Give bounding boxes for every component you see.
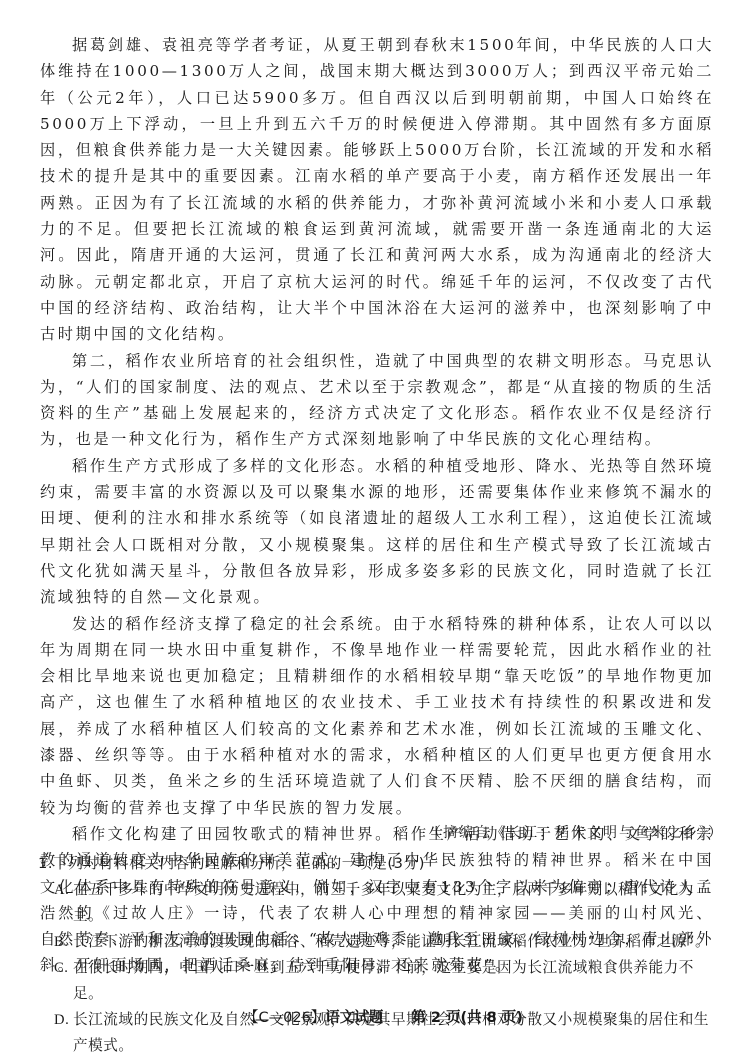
page-number: 第 2 页(共 8 页) xyxy=(411,1010,523,1026)
source-citation: （摘编自《长江：稻作文明与鱼米之乡》） xyxy=(427,821,724,845)
page-footer: 【C—026】语文试题第 2 页(共 8 页) xyxy=(244,1006,523,1030)
option-key: D. xyxy=(54,1007,73,1059)
option-text: 长江下游的浙江河姆渡发现的稻谷、稻壳遗迹等，能证明长江流域稻作农业为“世界稻作之… xyxy=(73,929,718,955)
question-stem: 1.下列对材料相关内容的理解和分析，正确的一项是(3分) xyxy=(38,851,718,877)
exam-code: 【C—026】 xyxy=(244,1010,325,1026)
option-key: C. xyxy=(54,955,73,1007)
option-c: C. 在很长时期内，中国人口一旦到五六千万便停滞不前，这主要是因为长江流域粮食供… xyxy=(38,955,718,1007)
option-b: B. 长江下游的浙江河姆渡发现的稻谷、稻壳遗迹等，能证明长江流域稻作农业为“世界… xyxy=(38,929,718,955)
option-a: A. 在五千多年的中华文明历史进程中，前三千多年以粟麦文化为主，后两千多年则以稻… xyxy=(38,877,718,929)
option-key: A. xyxy=(54,877,73,929)
exam-subject: 语文试题 xyxy=(325,1010,383,1026)
passage-paragraph-3: 稻作生产方式形成了多样的文化形态。水稻的种植受地形、降水、光热等自然环境约束，需… xyxy=(40,453,714,611)
passage-paragraph-2: 第二，稻作农业所培育的社会组织性，造就了中国典型的农耕文明形态。马克思认为，“人… xyxy=(40,348,714,453)
option-key: B. xyxy=(54,929,73,955)
passage-paragraph-4: 发达的稻作经济支撑了稳定的社会系统。由于水稻特殊的耕种体系，让农人可以以年为周期… xyxy=(40,611,714,821)
passage-paragraph-1: 据葛剑雄、袁祖亮等学者考证，从夏王朝到春秋末1500年间，中华民族的人口大体维持… xyxy=(40,32,714,348)
option-text: 在五千多年的中华文明历史进程中，前三千多年以粟麦文化为主，后两千多年则以稻作文化… xyxy=(73,877,718,929)
option-text: 在很长时期内，中国人口一旦到五六千万便停滞不前，这主要是因为长江流域粮食供养能力… xyxy=(73,955,718,1007)
